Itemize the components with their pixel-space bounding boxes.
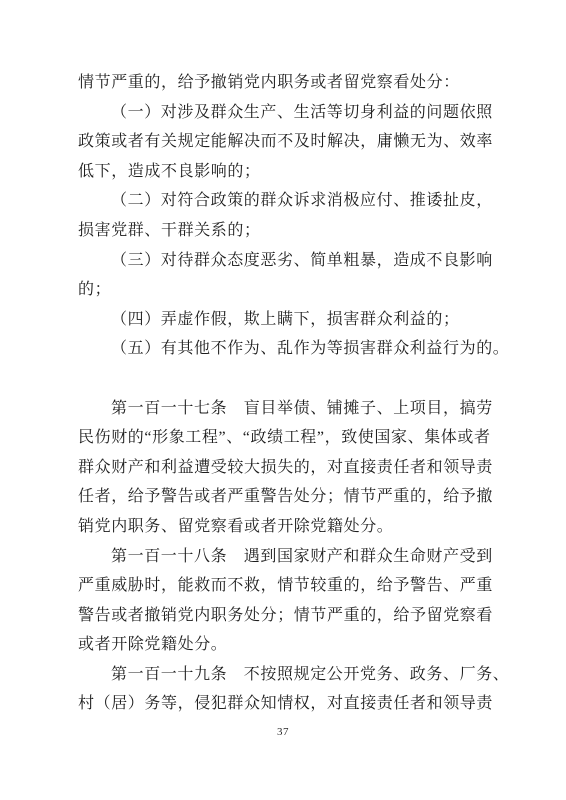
text-line: （一）对涉及群众生产、生活等切身利益的问题依照 [78, 98, 492, 128]
article-heading-line: 第一百一十八条 遇到国家财产和群众生命财产受到 [78, 542, 492, 572]
article-heading-line: 第一百一十七条 盲目举债、铺摊子、上项目，搞劳 [78, 394, 492, 424]
text-line: 任者，给予警告或者严重警告处分；情节严重的，给予撤 [78, 482, 492, 512]
text-line: 民伤财的“形象工程”、“政绩工程”，致使国家、集体或者 [78, 423, 492, 453]
text-line: 损害党群、干群关系的； [78, 216, 492, 246]
text-line: 严重威胁时，能救而不救，情节较重的，给予警告、严重 [78, 571, 492, 601]
blank-line [78, 364, 492, 394]
text-line: 警告或者撤销党内职务处分；情节严重的，给予留党察看 [78, 601, 492, 631]
text-line: 销党内职务、留党察看或者开除党籍处分。 [78, 512, 492, 542]
page-number: 37 [0, 726, 566, 738]
text-line: 低下，造成不良影响的； [78, 157, 492, 187]
text-line: 情节严重的，给予撤销党内职务或者留党察看处分： [78, 68, 492, 98]
text-line: 群众财产和利益遭受较大损失的，对直接责任者和领导责 [78, 453, 492, 483]
text-block: 情节严重的，给予撤销党内职务或者留党察看处分： （一）对涉及群众生产、生活等切身… [78, 68, 492, 719]
text-line: 的； [78, 275, 492, 305]
article-heading-line: 第一百一十九条 不按照规定公开党务、政务、厂务、 [78, 660, 492, 690]
text-line: （二）对符合政策的群众诉求消极应付、推诿扯皮， [78, 186, 492, 216]
text-line: （三）对待群众态度恶劣、简单粗暴，造成不良影响 [78, 246, 492, 276]
text-line: 或者开除党籍处分。 [78, 630, 492, 660]
text-line: 政策或者有关规定能解决而不及时解决，庸懒无为、效率 [78, 127, 492, 157]
document-page: 情节严重的，给予撤销党内职务或者留党察看处分： （一）对涉及群众生产、生活等切身… [0, 0, 566, 800]
text-line: （五）有其他不作为、乱作为等损害群众利益行为的。 [78, 334, 492, 364]
text-line: 村（居）务等，侵犯群众知情权，对直接责任者和领导责 [78, 689, 492, 719]
text-line: （四）弄虚作假，欺上瞒下，损害群众利益的； [78, 305, 492, 335]
